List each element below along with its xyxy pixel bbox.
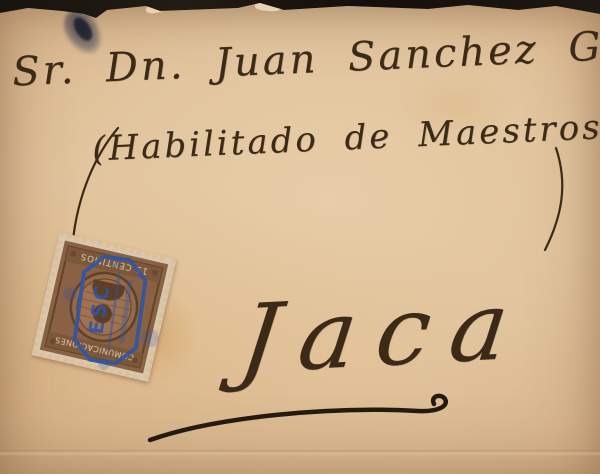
right-parenthesis-tail [545,148,562,250]
stamp-graphic: COMUNICACIONES 15 CENTIMOS [31,232,176,382]
destination-text: Jaca [234,271,534,396]
postage-stamp: COMUNICACIONES 15 CENTIMOS [31,232,176,382]
address-line-2: (Habilitado de Maestros) [91,107,600,170]
address-line-1: Sr. Dn. Juan Sanchez Gaitón [11,19,600,96]
underline-flourish [150,396,446,440]
paper-crease [0,450,600,456]
torn-edge-chip [255,1,282,12]
torn-edge-chip [146,4,165,14]
photo-of-envelope: Sr. Dn. Juan Sanchez Gaitón (Habilitado … [0,0,600,474]
envelope-paper: Sr. Dn. Juan Sanchez Gaitón (Habilitado … [0,0,600,474]
